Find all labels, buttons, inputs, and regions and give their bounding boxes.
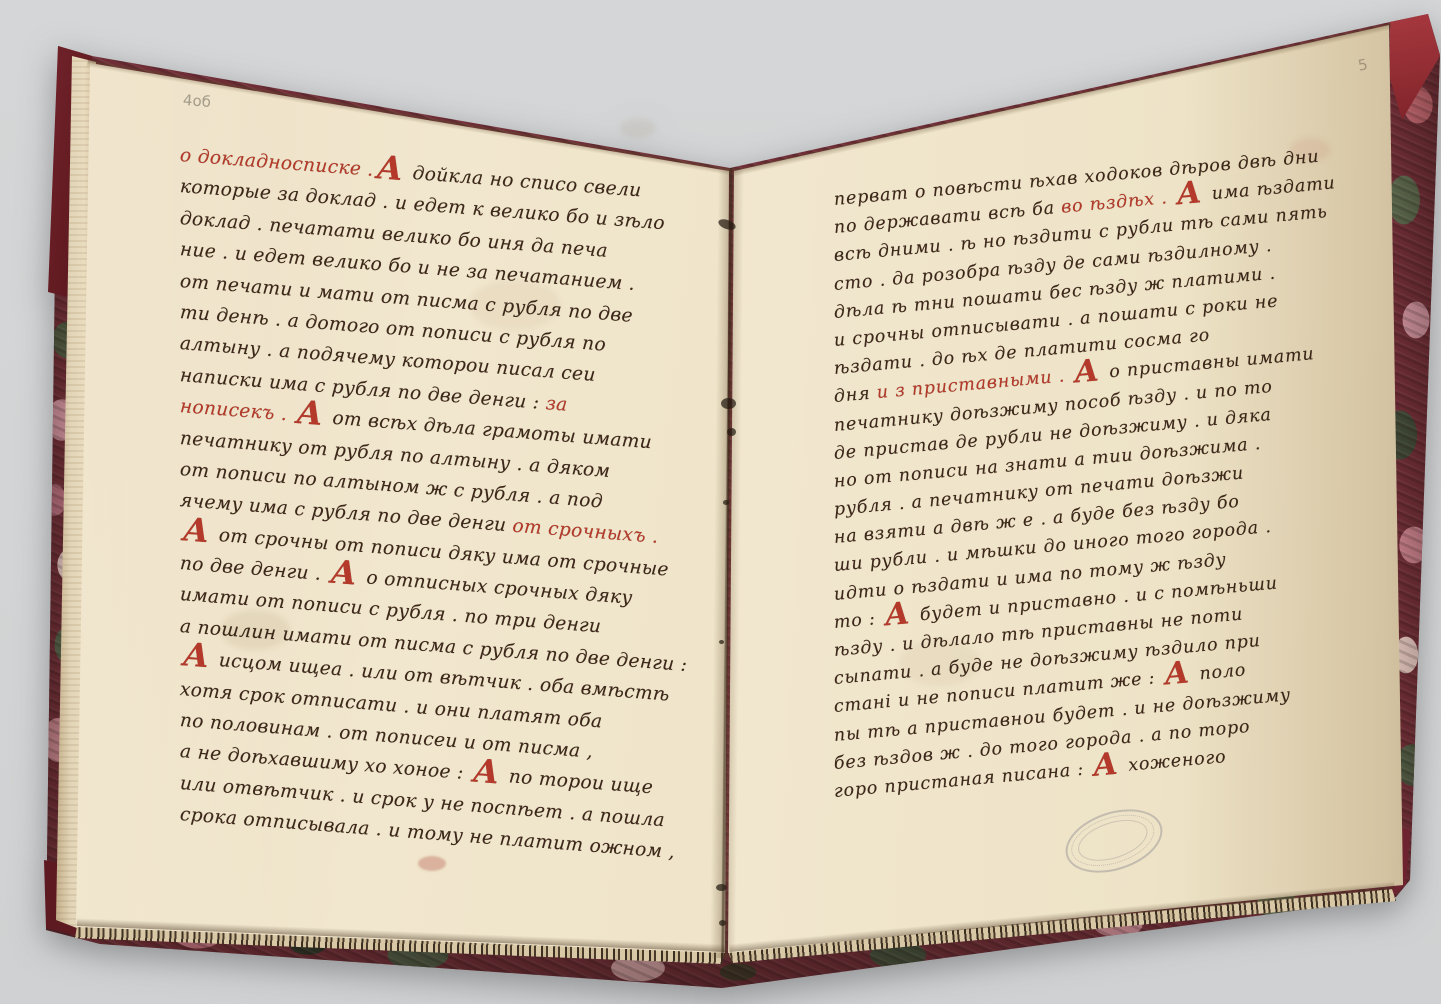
ink-blot — [719, 920, 726, 926]
pencil-folio-note: 4об — [182, 91, 211, 111]
page-stain — [620, 118, 656, 138]
right-page-text: перват о повѣсти ѣхав ходоков дѣров двѣ … — [834, 186, 1394, 806]
photo-background: { "book": { "pencil_folio_note": "4об", … — [0, 0, 1441, 1004]
red-ink-smudge — [418, 856, 446, 871]
left-page-text: о докладносписке .А дойкла но списо свел… — [180, 140, 740, 831]
ink-blot — [716, 884, 727, 891]
manuscript-book: о докладносписке .А дойкла но списо свел… — [0, 0, 1441, 1004]
